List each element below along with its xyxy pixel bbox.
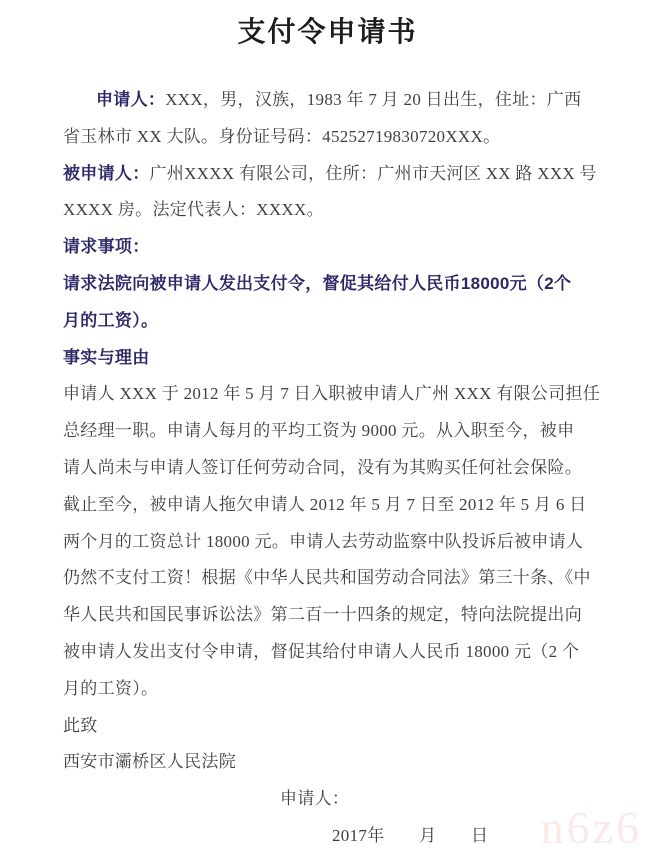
facts-line: 两个月的工资总计 18000 元。申请人去劳动监察中队投诉后被申请人 xyxy=(63,524,592,561)
document-page: 支付令申请书 申请人：XXX，男，汉族，1983 年 7 月 20 日出生，住址… xyxy=(0,0,650,855)
facts-line: 华人民共和国民事诉讼法》第二百一十四条的规定，特向法院提出向 xyxy=(63,597,592,634)
respondent-line-1: 被申请人：广州XXXX 有限公司，住所：广州市天河区 XX 路 XXX 号 xyxy=(63,156,592,193)
facts-heading: 事实与理由 xyxy=(63,340,592,377)
applicant-line-2: 省玉林市 XX 大队。身份证号码：45252719830720XXX。 xyxy=(63,119,592,156)
document-title: 支付令申请书 xyxy=(63,12,592,54)
facts-line: 仍然不支付工资！根据《中华人民共和国劳动合同法》第三十条、《中 xyxy=(63,560,592,597)
closing-line: 此致 xyxy=(63,708,592,745)
court-name: 西安市灞桥区人民法院 xyxy=(63,744,592,781)
facts-line: 截止至今，被申请人拖欠申请人 2012 年 5 月 7 日至 2012 年 5 … xyxy=(63,487,592,524)
applicant-info: XXX，男，汉族，1983 年 7 月 20 日出生，住址：广西 xyxy=(165,90,581,109)
request-line-1: 请求法院向被申请人发出支付令，督促其给付人民币18000元（2个 xyxy=(63,266,592,303)
facts-line: 申请人 XXX 于 2012 年 5 月 7 日入职被申请人广州 XXX 有限公… xyxy=(63,376,592,413)
watermark-text: n6z6 xyxy=(541,803,642,853)
request-line-2: 月的工资）。 xyxy=(63,303,592,340)
respondent-line-2: XXXX 房。法定代表人：XXXX。 xyxy=(63,192,592,229)
applicant-label: 申请人： xyxy=(96,90,165,109)
facts-line: 月的工资）。 xyxy=(63,671,592,708)
respondent-info: 广州XXXX 有限公司，住所：广州市天河区 XX 路 XXX 号 xyxy=(150,164,597,183)
facts-line: 总经理一职。申请人每月的平均工资为 9000 元。从入职至今，被申 xyxy=(63,413,592,450)
respondent-label: 被申请人： xyxy=(63,164,150,183)
facts-line: 被申请人发出支付令申请，督促其给付申请人人民币 18000 元（2 个 xyxy=(63,634,592,671)
request-heading: 请求事项： xyxy=(63,229,592,266)
applicant-line-1: 申请人：XXX，男，汉族，1983 年 7 月 20 日出生，住址：广西 xyxy=(63,82,592,119)
signature-label: 申请人： xyxy=(63,781,592,818)
date-line: 2017年 月 日 xyxy=(63,818,592,855)
facts-line: 请人尚未与申请人签订任何劳动合同，没有为其购买任何社会保险。 xyxy=(63,450,592,487)
